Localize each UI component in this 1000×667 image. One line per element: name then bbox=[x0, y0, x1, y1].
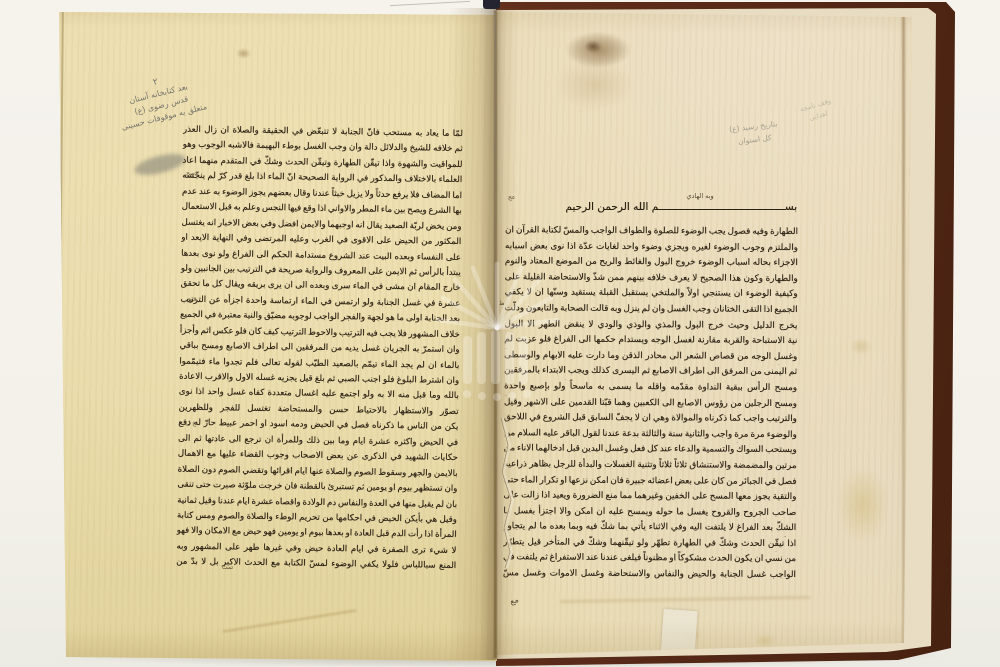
gutter-crease bbox=[494, 10, 497, 658]
manuscript-text-line: الجميع اذا التقى الختانان وجب الغسل وان … bbox=[504, 301, 797, 318]
catchword: مع bbox=[509, 595, 520, 606]
spine-headband bbox=[483, 0, 500, 9]
paper-crease bbox=[223, 609, 357, 632]
manuscript-spread-photo: بتاريخ رسيد (ع)كل استوان وقف نامچهاهدايى… bbox=[0, 0, 1000, 667]
graphite-smudge bbox=[133, 150, 188, 179]
manuscript-text-line: والترتيب واجب كما ذكرناه والموالاة وهي ا… bbox=[504, 410, 797, 427]
manuscript-text-line: يخرج الدليل وحيث خرج البول والمذي والوذي… bbox=[504, 317, 797, 334]
margin-stain bbox=[838, 468, 888, 542]
manuscript-text-line: ومسح الرأس ببقية النداوة مقدّمه واقله ما… bbox=[504, 379, 797, 396]
right-text-block: الطهارة وفيه فصول يجب الوضوء للصلوة والط… bbox=[503, 223, 798, 583]
manuscript-text-line: والطهارة وكون هذا الصحيح لا يعرف خلافه ب… bbox=[505, 270, 798, 287]
manuscript-text-line: الواجب غسل الجنابة والحيض والنفاس والاست… bbox=[503, 566, 796, 583]
manuscript-text-line: الشكّ بعد الفراغ لا يلتفت اليه وفي الاثن… bbox=[503, 519, 796, 536]
invocation-heading: وبه الهادي bbox=[618, 192, 782, 200]
interlinear-gloss: خ ل bbox=[186, 420, 196, 427]
manuscript-text-line: مرتين والمضمضة والاستنشاق ثلاثاً ثلاثاً … bbox=[503, 457, 796, 474]
manuscript-text-line: والوضوء مرة مرة واجب والثانية سنة والثال… bbox=[504, 426, 797, 443]
manuscript-text-line: من نسي ان يكون الحدث مشكوكاً او مظنوناً … bbox=[503, 551, 796, 568]
small-spot bbox=[236, 48, 251, 59]
basmala-line: بســــــــــــــــــــــــــــــــــــــ… bbox=[505, 201, 797, 213]
fore-edge-fold bbox=[902, 16, 905, 644]
manuscript-text-line: وكيفية الوضوء ان يستنجي اولاً والملتخي ي… bbox=[505, 286, 798, 303]
manuscript-text-line: صاحب الجروح والقروح يغسل ما حوله ويمسح ع… bbox=[503, 504, 796, 521]
water-stain bbox=[556, 60, 634, 110]
paper-crease bbox=[560, 596, 810, 603]
manuscript-text-line: والتقية يجوز معها المسح على الخفين وغيره… bbox=[503, 488, 796, 505]
interlinear-gloss: صح bbox=[186, 170, 195, 177]
page-edge-line bbox=[56, 12, 63, 658]
manuscript-text-line: الاجزاء بحاله اسباب الوضوء خروج البول وا… bbox=[505, 254, 798, 271]
interlinear-gloss: قوي bbox=[186, 296, 197, 303]
manuscript-text-line: فصل في الجبائر من كان على بعض اعضائه جبي… bbox=[503, 473, 796, 490]
interlinear-gloss: تمت bbox=[222, 564, 233, 571]
bottom-stain bbox=[754, 634, 776, 647]
manuscript-text-line: ومسح الرجلين من رؤوس الاصابع الى الكعبين… bbox=[504, 395, 797, 412]
ink-stain-core bbox=[584, 40, 602, 53]
margin-spot bbox=[850, 338, 872, 355]
manuscript-text-line: ثم اليمنى من المرفق الى اطراف الاصابع ثم… bbox=[504, 364, 797, 381]
manuscript-text-line: والملتزم وجوب الوضوء لغيره ويجزي وضوء وا… bbox=[505, 239, 798, 256]
manuscript-text-line: نية الاستباحة والقربة مقارنة لغسل الوجه … bbox=[504, 332, 797, 349]
manuscript-text-line: الطهارة وفيه فصول يجب الوضوء للصلوة والط… bbox=[505, 223, 798, 240]
ink-stain bbox=[566, 32, 630, 68]
manuscript-text-line: المنع سباللباس فلولا يكفي الوضوء لمسّ ال… bbox=[176, 555, 456, 575]
left-text-block: لمّا ما يعاد به مستحب فانّ الجنابة لا تت… bbox=[176, 123, 463, 575]
manuscript-text-line: اذا تيقّن الحدث وشكّ في الطهارة تطهّر ول… bbox=[503, 535, 796, 552]
manuscript-text-line: وغسل الوجه من قصاص الشعر الى محادر الذقن… bbox=[504, 348, 797, 365]
loose-thread bbox=[390, 1, 470, 6]
manuscript-text-line: ويستحب السواك والتسمية والدعاء عند كل فع… bbox=[504, 442, 797, 459]
interlinear-gloss: عج bbox=[508, 194, 515, 201]
